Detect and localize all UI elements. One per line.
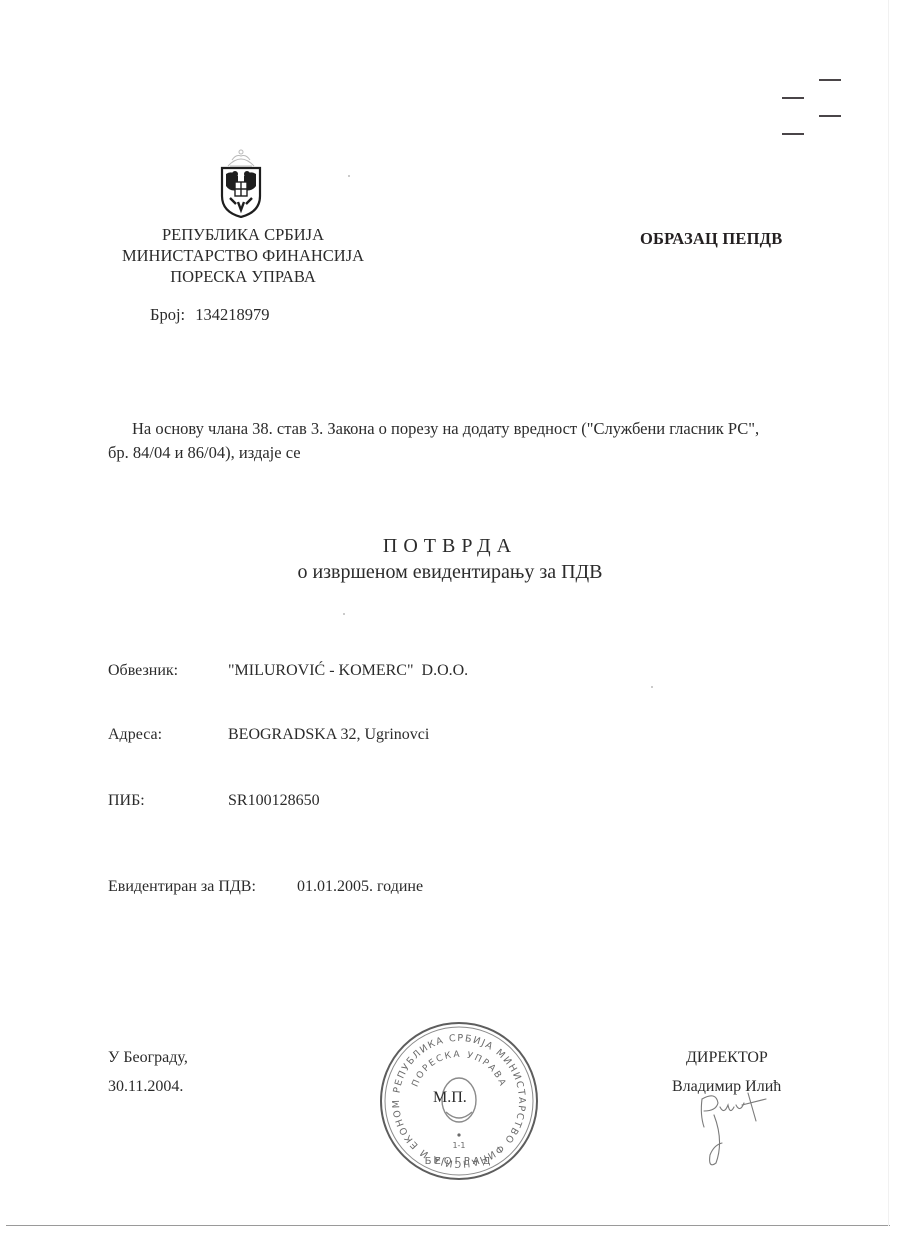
intro-line-1: На основу члана 38. став 3. Закона о пор… xyxy=(108,417,808,441)
margin-mark xyxy=(819,79,841,81)
svg-text:ПОРЕСКА УПРАВА: ПОРЕСКА УПРАВА xyxy=(411,1050,508,1089)
signatory-title: ДИРЕКТОР xyxy=(686,1049,768,1067)
seal-city-text: БЕОГРАД xyxy=(425,1156,494,1167)
scan-bottom-edge xyxy=(6,1225,890,1226)
document-title: ПОТВРДА xyxy=(260,535,640,558)
taxpayer-value: "MILUROVIĆ - KOMERC" D.O.O. xyxy=(228,662,468,680)
scan-right-edge xyxy=(888,0,889,1226)
seal-number: 1-1 xyxy=(452,1141,465,1150)
issue-place: У Београду, xyxy=(108,1049,188,1067)
intro-line-2: бр. 84/04 и 86/04), издаје се xyxy=(108,441,808,465)
document-number-value: 134218979 xyxy=(195,305,269,324)
stamp-placeholder-label: М.П. xyxy=(433,1089,467,1107)
taxpayer-label: Обвезник: xyxy=(108,662,178,680)
margin-mark xyxy=(782,133,804,135)
institution-header: РЕПУБЛИКА СРБИЈА МИНИСТАРСТВО ФИНАНСИЈА … xyxy=(100,224,386,287)
scan-speck xyxy=(348,175,350,177)
coat-of-arms-icon xyxy=(218,146,264,218)
intro-paragraph: На основу члана 38. став 3. Закона о пор… xyxy=(108,417,808,465)
header-line-republic: РЕПУБЛИКА СРБИЈА xyxy=(100,224,386,245)
document-number-label: Број: xyxy=(150,305,185,324)
pib-label: ПИБ: xyxy=(108,792,145,810)
document-number: Број: 134218979 xyxy=(150,305,270,325)
issue-date: 30.11.2004. xyxy=(108,1078,183,1096)
address-value: BEOGRADSKA 32, Ugrinovci xyxy=(228,726,429,744)
address-label: Адреса: xyxy=(108,726,162,744)
registered-label: Евидентиран за ПДВ: xyxy=(108,878,256,896)
scan-speck xyxy=(651,686,653,688)
handwritten-signature xyxy=(690,1085,800,1175)
document-subtitle: о извршеном евидентирању за ПДВ xyxy=(240,561,660,584)
header-line-ministry: МИНИСТАРСТВО ФИНАНСИЈА xyxy=(100,245,386,266)
margin-mark xyxy=(782,97,804,99)
header-line-tax-administration: ПОРЕСКА УПРАВА xyxy=(100,266,386,287)
form-code: ОБРАЗАЦ ПЕПДВ xyxy=(640,229,782,249)
pib-value: SR100128650 xyxy=(228,792,320,810)
registered-value: 01.01.2005. године xyxy=(297,878,423,896)
official-seal-stamp: РЕПУБЛИКА СРБИЈА МИНИСТАРСТВО ФИНАНСИЈА … xyxy=(378,1020,540,1182)
scan-speck xyxy=(343,613,345,615)
margin-mark xyxy=(819,115,841,117)
